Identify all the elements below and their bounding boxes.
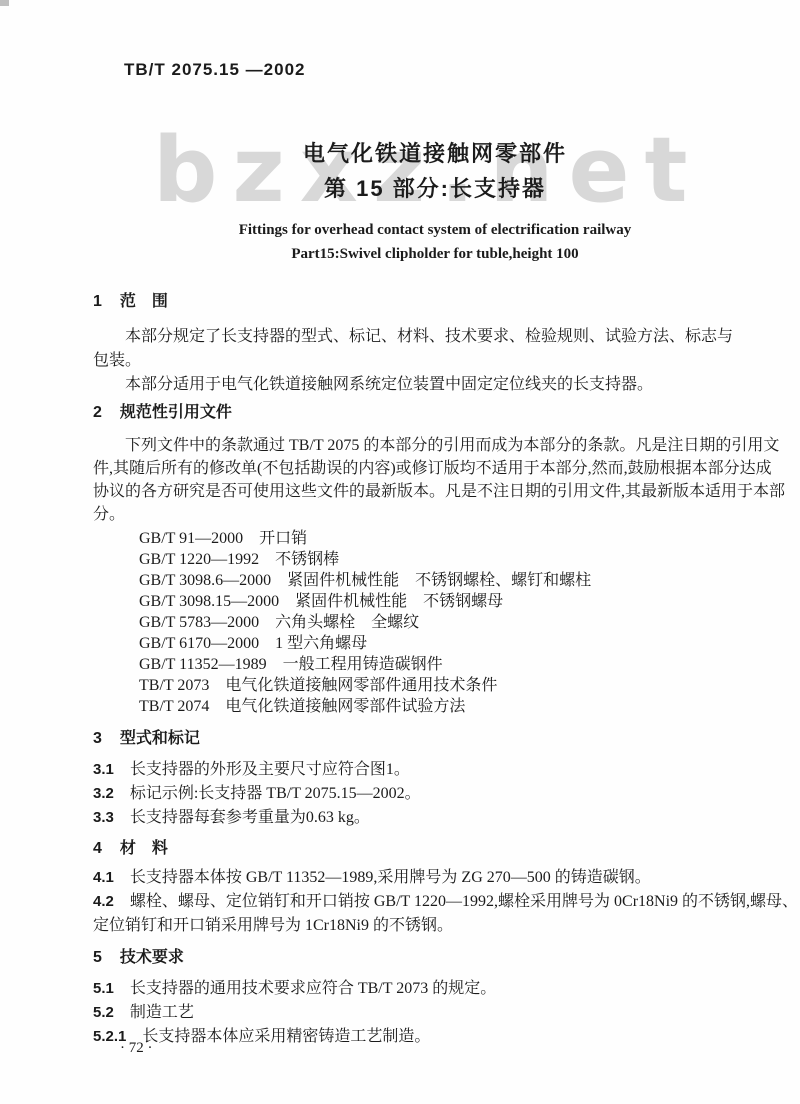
scan-artifact-corner (0, 0, 9, 6)
page-number: · 72 · (120, 1036, 153, 1060)
clause-number: 5.2 (93, 1004, 114, 1021)
clause-line: 3.3长支持器每套参考重量为0.63 kg。 (93, 806, 777, 830)
section-number: 1 (93, 293, 102, 310)
reference-item: GB/T 1220—1992 不锈钢棒 (93, 549, 777, 570)
section-heading-normative-references: 2规范性引用文件 (93, 403, 777, 423)
clause-line: 4.1长支持器本体按 GB/T 11352—1989,采用牌号为 ZG 270—… (93, 866, 777, 890)
clause-number: 3.1 (93, 761, 114, 778)
section-number: 4 (93, 840, 102, 857)
paragraph-line: 协议的各方研究是否可使用这些文件的最新版本。凡是不注日期的引用文件,其最新版本适… (93, 480, 777, 503)
section-title: 规范性引用文件 (120, 404, 232, 421)
reference-item: GB/T 6170—2000 1 型六角螺母 (93, 633, 777, 654)
clause-text: 长支持器的通用技术要求应符合 TB/T 2073 的规定。 (130, 980, 496, 997)
section-type-body: 3.1长支持器的外形及主要尺寸应符合图1。 3.2标记示例:长支持器 TB/T … (93, 758, 777, 830)
paragraph-line: 下列文件中的条款通过 TB/T 2075 的本部分的引用而成为本部分的条款。凡是… (93, 434, 777, 457)
document-page: bzxz.net TB/T 2075.15 —2002 电气化铁道接触网零部件 … (0, 0, 800, 1104)
title-en-line2: Part15:Swivel clipholder for tuble,heigh… (93, 242, 777, 266)
section-technical-body: 5.1长支持器的通用技术要求应符合 TB/T 2073 的规定。 5.2制造工艺… (93, 977, 777, 1049)
clause-line: 3.1长支持器的外形及主要尺寸应符合图1。 (93, 758, 777, 782)
clause-line: 4.2螺栓、螺母、定位销钉和开口销按 GB/T 1220—1992,螺栓采用牌号… (93, 890, 777, 914)
clause-line: 3.2标记示例:长支持器 TB/T 2075.15—2002。 (93, 782, 777, 806)
section-material-body: 4.1长支持器本体按 GB/T 11352—1989,采用牌号为 ZG 270—… (93, 866, 777, 938)
reference-item: TB/T 2073 电气化铁道接触网零部件通用技术条件 (93, 675, 777, 696)
clause-number: 4.2 (93, 893, 114, 910)
paragraph-line: 本部分适用于电气化铁道接触网系统定位装置中固定定位线夹的长支持器。 (93, 373, 777, 397)
section-number: 2 (93, 404, 102, 421)
clause-number: 3.2 (93, 785, 114, 802)
reference-item: GB/T 3098.6—2000 紧固件机械性能 不锈钢螺栓、螺钉和螺柱 (93, 570, 777, 591)
section-number: 3 (93, 730, 102, 747)
title-cn-line1: 电气化铁道接触网零部件 (93, 136, 777, 171)
section-title: 技术要求 (120, 949, 184, 966)
clause-number: 4.1 (93, 869, 114, 886)
reference-list: GB/T 91—2000 开口销 GB/T 1220—1992 不锈钢棒 GB/… (93, 528, 777, 717)
title-en-line1: Fittings for overhead contact system of … (93, 218, 777, 242)
section-heading-scope: 1范 围 (93, 292, 777, 312)
reference-item: GB/T 5783—2000 六角头螺栓 全螺纹 (93, 612, 777, 633)
section-title: 型式和标记 (120, 730, 200, 747)
section-scope-body: 本部分规定了长支持器的型式、标记、材料、技术要求、检验规则、试验方法、标志与 包… (93, 325, 777, 397)
paragraph-line: 件,其随后所有的修改单(不包括勘误的内容)或修订版均不适用于本部分,然而,鼓励根… (93, 457, 777, 480)
section-references-intro: 下列文件中的条款通过 TB/T 2075 的本部分的引用而成为本部分的条款。凡是… (93, 434, 777, 526)
clause-text: 长支持器每套参考重量为0.63 kg。 (130, 809, 370, 826)
clause-line: 5.2制造工艺 (93, 1001, 777, 1025)
clause-text: 标记示例:长支持器 TB/T 2075.15—2002。 (130, 785, 421, 802)
clause-text: 长支持器的外形及主要尺寸应符合图1。 (130, 761, 410, 778)
title-cn-line2: 第 15 部分:长支持器 (93, 171, 777, 206)
section-heading-type-and-marking: 3型式和标记 (93, 729, 777, 749)
clause-text: 螺栓、螺母、定位销钉和开口销按 GB/T 1220—1992,螺栓采用牌号为 0… (130, 893, 798, 910)
paragraph-line: 分。 (93, 503, 777, 526)
reference-item: GB/T 11352—1989 一般工程用铸造碳钢件 (93, 654, 777, 675)
clause-line: 5.1长支持器的通用技术要求应符合 TB/T 2073 的规定。 (93, 977, 777, 1001)
section-number: 5 (93, 949, 102, 966)
paragraph-line: 包装。 (93, 349, 777, 373)
clause-text: 长支持器本体按 GB/T 11352—1989,采用牌号为 ZG 270—500… (130, 869, 651, 886)
reference-item: GB/T 91—2000 开口销 (93, 528, 777, 549)
section-heading-technical-requirements: 5技术要求 (93, 948, 777, 968)
paragraph-line: 本部分规定了长支持器的型式、标记、材料、技术要求、检验规则、试验方法、标志与 (93, 325, 777, 349)
section-title: 材 料 (120, 840, 168, 857)
clause-number: 3.3 (93, 809, 114, 826)
section-heading-material: 4材 料 (93, 839, 777, 859)
reference-item: TB/T 2074 电气化铁道接触网零部件试验方法 (93, 696, 777, 717)
clause-line: 5.2.1长支持器本体应采用精密铸造工艺制造。 (93, 1025, 777, 1049)
section-title: 范 围 (120, 293, 168, 310)
clause-text: 长支持器本体应采用精密铸造工艺制造。 (142, 1028, 430, 1045)
document-body: 电气化铁道接触网零部件 第 15 部分:长支持器 Fittings for ov… (93, 0, 777, 1049)
clause-number: 5.1 (93, 980, 114, 997)
clause-continuation-line: 定位销钉和开口销采用牌号为 1Cr18Ni9 的不锈钢。 (93, 914, 777, 938)
reference-item: GB/T 3098.15—2000 紧固件机械性能 不锈钢螺母 (93, 591, 777, 612)
clause-text: 制造工艺 (130, 1004, 194, 1021)
